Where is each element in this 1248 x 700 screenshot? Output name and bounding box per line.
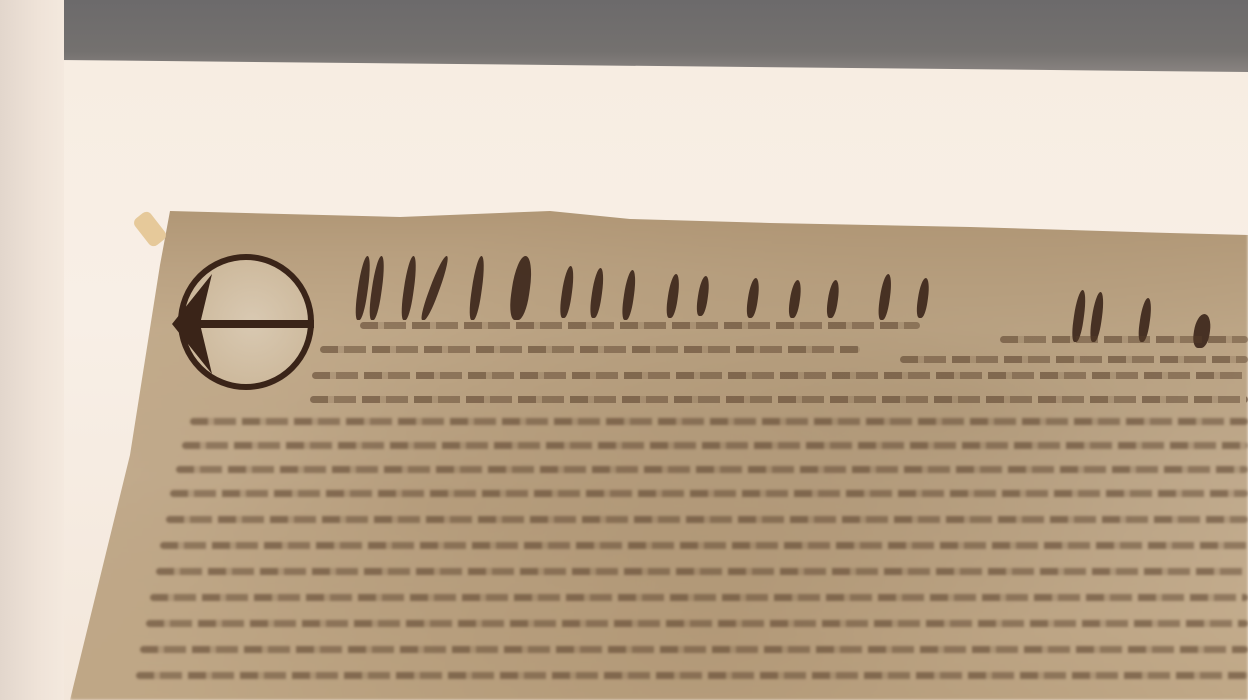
text-line	[136, 672, 1248, 679]
capital-letter	[745, 278, 761, 318]
capital-letter	[588, 268, 605, 318]
text-line	[312, 372, 1248, 379]
capital-letter	[468, 256, 487, 320]
text-line	[900, 356, 1248, 363]
capital-letter	[1070, 290, 1087, 342]
text-line	[1000, 336, 1248, 343]
capital-letter	[825, 280, 840, 318]
capital-letter	[368, 256, 387, 320]
text-line	[182, 442, 1248, 449]
text-line	[190, 418, 1248, 425]
capital-letter	[787, 280, 802, 318]
capital-letter	[508, 256, 535, 320]
text-line	[160, 542, 1248, 549]
capital-letter	[558, 266, 575, 318]
text-line	[146, 620, 1248, 627]
capital-letter	[665, 274, 681, 318]
initial-crossbar	[178, 320, 314, 328]
text-line	[166, 516, 1248, 523]
case-edge	[0, 0, 64, 700]
text-line	[150, 594, 1248, 601]
text-line	[170, 490, 1248, 497]
capital-letter	[915, 278, 931, 318]
text-line	[310, 396, 1248, 403]
text-line	[140, 646, 1248, 653]
text-line	[360, 322, 920, 329]
text-line	[176, 466, 1248, 473]
decorated-initial	[178, 254, 314, 390]
capital-letter	[877, 274, 893, 320]
text-line	[156, 568, 1248, 575]
capital-letter	[620, 270, 637, 320]
capital-letter	[1088, 292, 1105, 342]
text-line	[320, 346, 860, 353]
capital-letter	[400, 256, 419, 320]
capital-letter	[418, 256, 451, 320]
capital-letter	[695, 276, 711, 316]
